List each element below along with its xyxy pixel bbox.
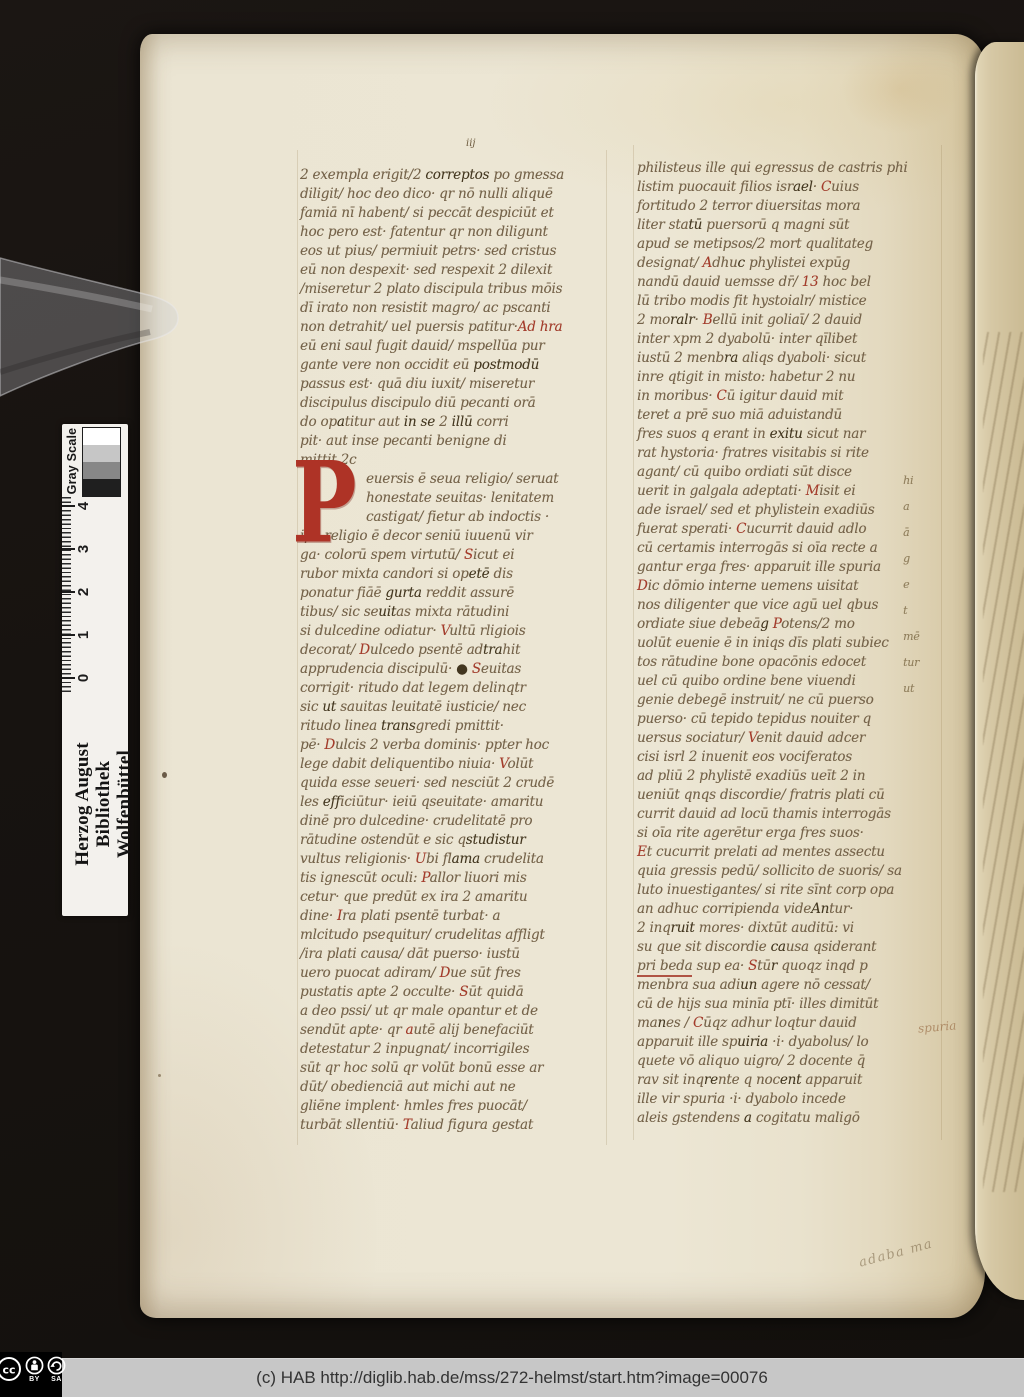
ruler-number: 0	[75, 668, 92, 688]
manuscript-line: dūt/ obedienciā aut michi aut ne	[300, 1078, 612, 1097]
manuscript-line: sic ut sauitas leuitatē iusticie/ nec	[300, 698, 612, 717]
manuscript-line: rat hystoria· fratres visitabis si rite	[637, 444, 949, 463]
manuscript-line: ille vir spuria ·i· dyabolo incede	[637, 1090, 949, 1109]
ruler-ticks	[62, 496, 71, 692]
library-name: Herzog August Bibliothek Wolfenbüttel	[72, 698, 135, 910]
manuscript-line: tur	[903, 650, 927, 676]
manuscript-line: dī irato non resistit magro/ ac pscanti	[300, 299, 612, 318]
manuscript-line: lū tribo modis fit hystoialr/ mistice	[637, 292, 949, 311]
manuscript-line: ā	[903, 520, 927, 546]
manuscript-line: tis ignescūt oculi: Pallor liuori mis	[300, 869, 612, 888]
manuscript-line: cū de hijs sua minīa ptī· illes dimitūt	[637, 995, 949, 1014]
manuscript-line: /ira plati causa/ dāt puerso· iustū	[300, 945, 612, 964]
manuscript-line: liter statū puersorū q magni sūt	[637, 216, 949, 235]
manuscript-line: si dulcedine odiatur· Vultū rligiois	[300, 622, 612, 641]
manuscript-line: fres suos q erant in exitu sicut nar	[637, 425, 949, 444]
manuscript-line: menbra sua adiun agere nō cessat/	[637, 976, 949, 995]
manuscript-line: apud se metipsos/2 mort qualitateg	[637, 235, 949, 254]
manuscript-line: sendūt apte· qr autē alij benefaciūt	[300, 1021, 612, 1040]
svg-text:cc: cc	[2, 1364, 15, 1377]
manuscript-line: ritudo linea transgredi pmittit·	[300, 717, 612, 736]
manuscript-line: 2 exempla erigit/2 correptos po gmessa	[300, 166, 612, 185]
manuscript-line: ponatur fiāē gurta reddit assurē	[300, 584, 612, 603]
manuscript-line: gante vere non occidit eū postmodū	[300, 356, 612, 375]
manuscript-line: t	[903, 598, 927, 624]
manuscript-line: dinē pro dulcedine· crudelitatē pro	[300, 812, 612, 831]
manuscript-line: luto inuestigantes/ si rite sīnt corp op…	[637, 881, 949, 900]
manuscript-line: discipulus discipulo diū pecanti orā	[300, 394, 612, 413]
copyright-bar: (c) HAB http://diglib.hab.de/mss/272-hel…	[0, 1358, 1024, 1397]
manuscript-line: pri beda sup ea· Stūr quoqz inqd p	[637, 957, 949, 976]
ruler-number: 1	[75, 625, 92, 645]
manuscript-line: an adhuc corripienda videAntur·	[637, 900, 949, 919]
manuscript-line: tibus/ sic seuitas mixta rātudini	[300, 603, 612, 622]
margin-letter-fragments: hiaāgetmēturut	[903, 468, 927, 702]
grayscale-card: Herzog August Bibliothek Wolfenbüttel 01…	[62, 424, 128, 916]
library-name-line2: Wolfenbüttel	[114, 698, 135, 910]
ruler-number: 2	[75, 582, 92, 602]
cc-logo-icon: cc	[0, 1356, 22, 1382]
manuscript-line: nandū dauid uemsse dr̄/ 13 hoc bel	[637, 273, 949, 292]
manuscript-line: dine· Ira plati psentē turbat· a	[300, 907, 612, 926]
manuscript-line: turbāt sllentiū· Taliud figura gestat	[300, 1116, 612, 1135]
manuscript-line: teret a prē suo miā aduistandū	[637, 406, 949, 425]
interlinear-correction-mark: iij	[466, 138, 476, 149]
manuscript-line: pustatis apte 2 occulte· Sūt quidā	[300, 983, 612, 1002]
manuscript-line: non detrahit/ uel puersis patitur·Ad hra	[300, 318, 612, 337]
cc-sa-icon: SA	[47, 1356, 66, 1383]
ruling-line	[297, 150, 298, 1145]
ruler-number: 3	[75, 539, 92, 559]
manuscript-line: Et cucurrit prelati ad mentes assectu	[637, 843, 949, 862]
manuscript-line: eos ut pius/ permiuit petrs· sed cristus	[300, 242, 612, 261]
digitized-manuscript-photo: iij 2 exempla erigit/2 correptos po gmes…	[0, 0, 1024, 1397]
manuscript-line: a deo pssi/ ut qr male opantur et de	[300, 1002, 612, 1021]
manuscript-line: a	[903, 494, 927, 520]
manuscript-line: lege dabit deliquentibo niuia· Volūt	[300, 755, 612, 774]
manuscript-line: 2 inqruit mores· dixtūt auditū: vi	[637, 919, 949, 938]
manuscript-line: diligit/ hoc deo dico· qr nō nulli aliqu…	[300, 185, 612, 204]
manuscript-line: apprudencia discipulū· ● Seuitas	[300, 660, 612, 679]
manuscript-line: /miseretur 2 plato discipula tribus mōis	[300, 280, 612, 299]
manuscript-line: vultus religionis· Ubi flama crudelita	[300, 850, 612, 869]
manuscript-line: manes / Cūqz adhur loqtur dauid	[637, 1014, 949, 1033]
ruling-line	[633, 145, 634, 1140]
manuscript-line: e	[903, 572, 927, 598]
manuscript-line: famiā nī habent/ si peccāt despiciūt et	[300, 204, 612, 223]
manuscript-line: pē· Dulcis 2 verba dominis· ppter hoc	[300, 736, 612, 755]
grayscale-patch	[83, 479, 120, 496]
manuscript-line: corrigit· ritudo dat legem delinqtr	[300, 679, 612, 698]
manuscript-line: si oīa rite agerētur erga fres suos·	[637, 824, 949, 843]
manuscript-line: rātudine ostendūt e sic qstudistur	[300, 831, 612, 850]
manuscript-line: su que sit discordie causa qsiderant	[637, 938, 949, 957]
manuscript-line: mē	[903, 624, 927, 650]
manuscript-line: decorat/ Dulcedo psentē adtrahit	[300, 641, 612, 660]
gray-scale-label: Gray Scale	[65, 425, 79, 497]
plexiglass-clip	[0, 246, 184, 406]
manuscript-line: aleis gstendens a cogitatu maligō	[637, 1109, 949, 1128]
manuscript-line: uero puocat adiram/ Due sūt fres	[300, 964, 612, 983]
ink-speck	[162, 772, 167, 778]
grayscale-card-face: Herzog August Bibliothek Wolfenbüttel 01…	[62, 424, 128, 916]
cc-by-icon: BY	[25, 1356, 44, 1383]
cc-sa-label: SA	[51, 1376, 62, 1383]
manuscript-line: eū eni saul fugit dauid/ mspellūa pur	[300, 337, 612, 356]
manuscript-line: fortitudo 2 terror diuersitas mora	[637, 197, 949, 216]
manuscript-line: do opatitur aut in se 2 illū corri	[300, 413, 612, 432]
manuscript-line: eū non despexit· sed respexit 2 dilexit	[300, 261, 612, 280]
manuscript-line: hi	[903, 468, 927, 494]
cc-by-label: BY	[29, 1376, 40, 1383]
manuscript-line: uersus sociatur/ Venit dauid adcer	[637, 729, 949, 748]
cc-license-box: cc BY SA	[0, 1352, 62, 1397]
grayscale-patch	[83, 428, 120, 445]
grayscale-patch	[83, 462, 120, 479]
rubricated-initial: P	[292, 448, 357, 560]
manuscript-line: gliēne implent· hmles fres puocāt/	[300, 1097, 612, 1116]
manuscript-line: detestatur 2 inpugnat/ incorrigiles	[300, 1040, 612, 1059]
copyright-url-text: (c) HAB http://diglib.hab.de/mss/272-hel…	[0, 1358, 1024, 1397]
manuscript-line: iustū 2 menbra aliqs dyaboli· sicut	[637, 349, 949, 368]
manuscript-line: ueniūt qnqs discordie/ fratris plati cū	[637, 786, 949, 805]
manuscript-line: inter xpm 2 dyabolū· inter qīlibet	[637, 330, 949, 349]
next-page-edge	[975, 42, 1024, 1300]
manuscript-line: sūt qr hoc solū qr volūt bonū esse ar	[300, 1059, 612, 1078]
manuscript-line: cetur· que predūt ex ira 2 amaritu	[300, 888, 612, 907]
manuscript-line: cisi isrl 2 inuenit eos vociferatos	[637, 748, 949, 767]
library-name-line1: Herzog August Bibliothek	[72, 698, 114, 910]
manuscript-line: designat/ Adhuc phylistei expūg	[637, 254, 949, 273]
grayscale-patch	[83, 445, 120, 462]
ruler-number: 4	[75, 496, 92, 516]
manuscript-line: ad pliū 2 phylistē exadiūs ueīt 2 in	[637, 767, 949, 786]
manuscript-line: passus est· quā diu iuxit/ miseretur	[300, 375, 612, 394]
manuscript-line: ut	[903, 676, 927, 702]
manuscript-line: quida esse seueri· sed nesciūt 2 crudē	[300, 774, 612, 793]
manuscript-line: listim puocauit filios israel· Cuius	[637, 178, 949, 197]
manuscript-line: philisteus ille qui egressus de castris …	[637, 159, 949, 178]
manuscript-line: apparuit ille spuiria ·i· dyabolus/ lo	[637, 1033, 949, 1052]
manuscript-line: currit dauid ad locū thamis interrogās	[637, 805, 949, 824]
manuscript-line: inre qtigit in misto: habetur 2 nu	[637, 368, 949, 387]
text-column-left: 2 exempla erigit/2 correptos po gmessadi…	[300, 166, 612, 1135]
manuscript-line: quia gressis pedū/ sollicito de suoris/ …	[637, 862, 949, 881]
parchment-stain	[840, 44, 960, 134]
grayscale-patches	[82, 427, 121, 497]
manuscript-line: mlcitudo psequitur/ crudelitas affligt	[300, 926, 612, 945]
ink-speck	[158, 1074, 161, 1077]
manuscript-line: puerso· cū tepido tepidus nouiter q	[637, 710, 949, 729]
manuscript-line: 2 moralr· Bellū init goliaī/ 2 dauid	[637, 311, 949, 330]
manuscript-line: hoc pero est· fatentur qr non diligunt	[300, 223, 612, 242]
manuscript-line: les efficiūtur· ieiū qseuitate· amaritu	[300, 793, 612, 812]
manuscript-line: in moribus· Cū igitur dauid mit	[637, 387, 949, 406]
manuscript-line: g	[903, 546, 927, 572]
manuscript-line: rav sit inqrente q nocent apparuit	[637, 1071, 949, 1090]
manuscript-line: quete vō aliquo uigro/ 2 docente q̄	[637, 1052, 949, 1071]
